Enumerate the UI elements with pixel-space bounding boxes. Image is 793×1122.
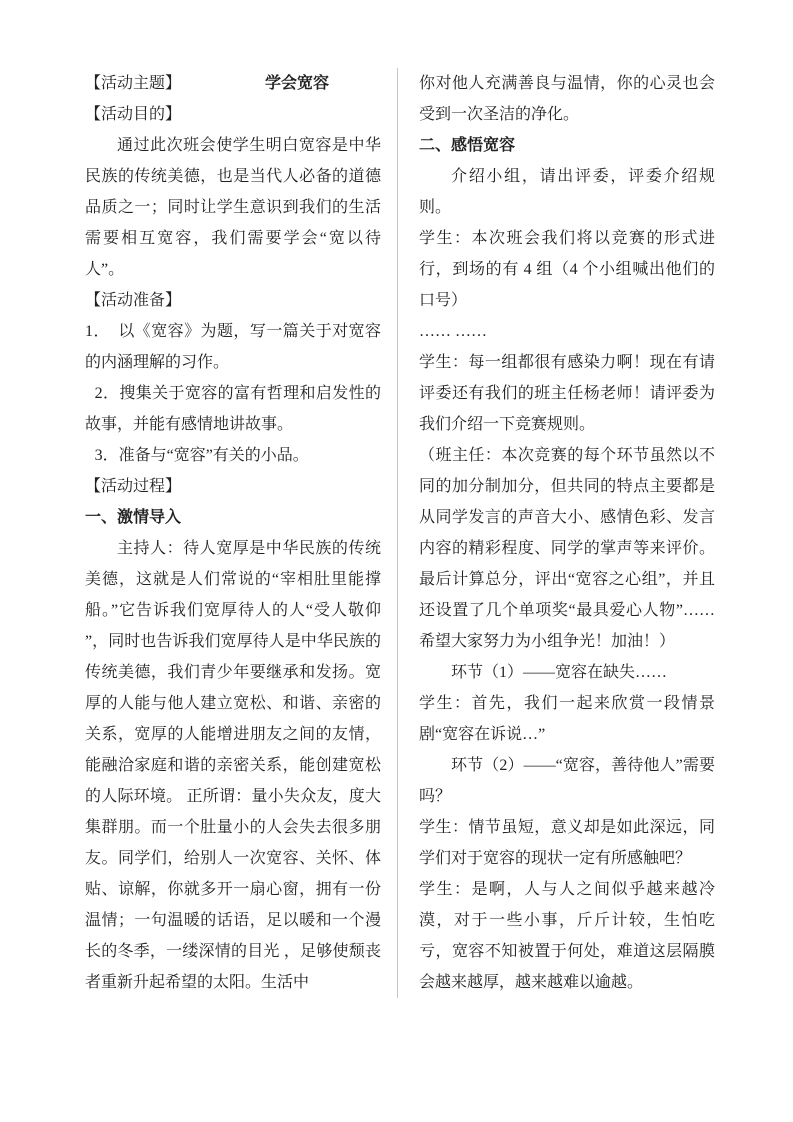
paragraph-student-1: 学生：本次班会我们将以竞赛的形式进行，到场的有 4 组（4 个小组喊出他们的口号… [419,223,715,316]
document-page: 【活动主题】 学会宽容 【活动目的】 通过此次班会使学生明白宽容是中华民族的传统… [0,0,793,998]
paragraph-introduce-groups: 介绍小组，请出评委，评委介绍规则。 [419,161,715,223]
paragraph-student-4: 学生：情节虽短，意义却是如此深远，同学们对于宽容的现状一定有所感触吧？ [419,812,715,874]
document-title: 学会宽容 [265,68,329,99]
list-item-2: 2．搜集关于宽容的富有哲理和启发性的故事，并能有感情地讲故事。 [85,378,381,440]
paragraph-student-5: 学生：是啊，人与人之间似乎越来越冷漠，对于一些小事，斤斤计较，生怕吃亏，宽容不知… [419,874,715,998]
activity-topic-label: 【活动主题】 [85,68,181,99]
section-heading-intro: 一、激情导入 [85,502,381,533]
paragraph-student-3: 学生：首先，我们一起来欣赏一段情景剧“宽容在诉说…” [419,688,715,750]
paragraph-student-2: 学生：每一组都很有感染力啊！现在有请评委还有我们的班主任杨老师！请评委为我们介绍… [419,347,715,440]
paragraph-stage-1: 环节（1）——宽容在缺失…… [419,657,715,688]
list-item-1: 1． 以《宽容》为题，写一篇关于对宽容的内涵理解的习作。 [85,316,381,378]
section-label-preparation: 【活动准备】 [85,285,381,316]
section-label-process: 【活动过程】 [85,471,381,502]
right-column: 你对他人充满善良与温情，你的心灵也会受到一次圣洁的净化。 二、感悟宽容 介绍小组… [419,68,715,998]
section-heading-perceive: 二、感悟宽容 [419,130,715,161]
section-label-goal: 【活动目的】 [85,99,381,130]
paragraph-stage-2: 环节（2）——“宽容，善待他人”需要吗？ [419,750,715,812]
paragraph-host-speech-continued: 你对他人充满善良与温情，你的心灵也会受到一次圣洁的净化。 [419,68,715,130]
list-item-3: 3．准备与“宽容”有关的小品。 [85,440,381,471]
column-divider [397,68,398,998]
title-row: 【活动主题】 学会宽容 [85,68,381,99]
paragraph-host-speech: 主持人：待人宽厚是中华民族的传统美德，这就是人们常说的“宰相肚里能撑船。”它告诉… [85,533,381,998]
paragraph-ellipsis: …… …… [419,316,715,347]
left-column: 【活动主题】 学会宽容 【活动目的】 通过此次班会使学生明白宽容是中华民族的传统… [85,68,381,998]
paragraph-goal: 通过此次班会使学生明白宽容是中华民族的传统美德，也是当代人必备的道德品质之一；同… [85,130,381,285]
paragraph-head-teacher: （班主任：本次竞赛的每个环节虽然以不同的加分制加分，但共同的特点主要都是从同学发… [419,440,715,657]
